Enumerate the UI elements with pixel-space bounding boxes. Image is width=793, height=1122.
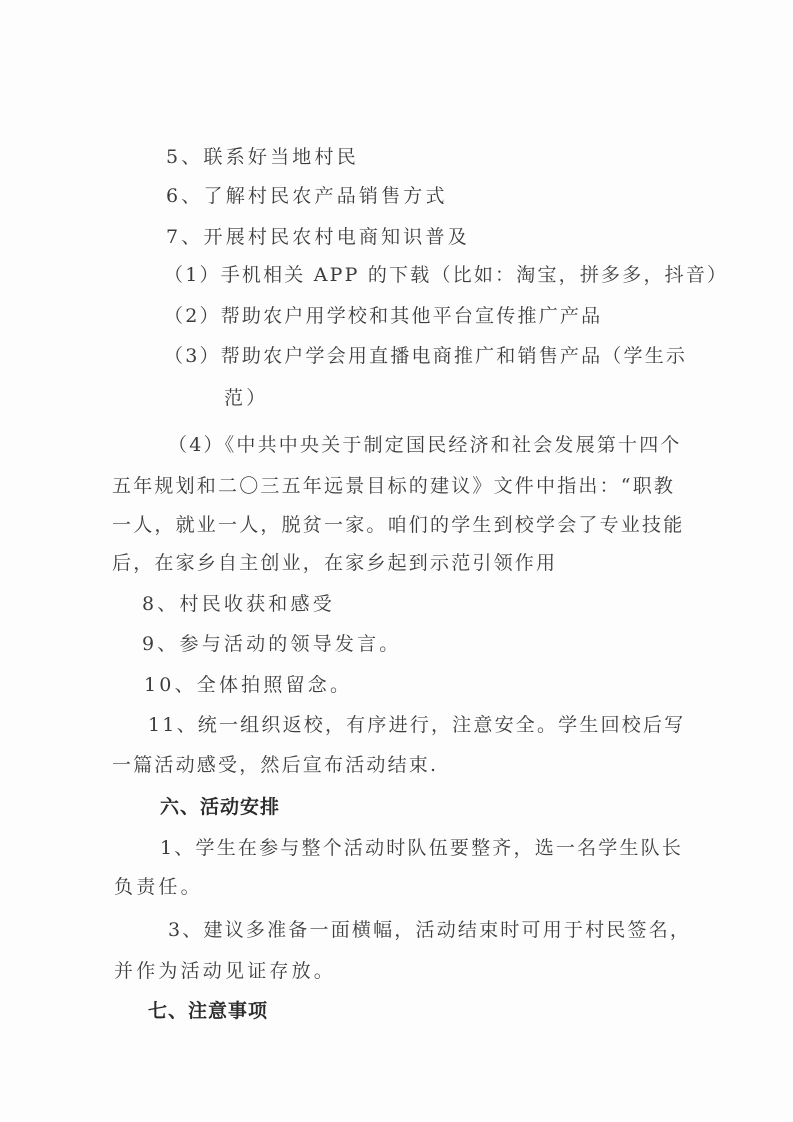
sub-item-4-line4: 后，在家乡自主创业，在家乡起到示范引领作用 xyxy=(112,551,557,575)
document-page: 5、联系好当地村民 6、了解村民农产品销售方式 7、开展村民农村电商知识普及 （… xyxy=(0,0,793,1122)
sub-item-2: （2）帮助农户用学校和其他平台宣传推广产品 xyxy=(164,304,602,328)
section-heading-activity-arrangement: 六、活动安排 xyxy=(160,795,280,819)
list-item-6: 6、了解村民农产品销售方式 xyxy=(166,184,448,208)
list-item-8: 8、村民收获和感受 xyxy=(142,592,335,616)
list-item-11-line1: 11、统一组织返校，有序进行，注意安全。学生回校后写 xyxy=(148,713,685,737)
list-item-7: 7、开展村民农村电商知识普及 xyxy=(166,225,470,249)
section-heading-precautions: 七、注意事项 xyxy=(148,999,268,1023)
list-item-10: 10、全体拍照留念。 xyxy=(144,673,352,697)
sub-item-3-line1: （3）帮助农户学会用直播电商推广和销售产品（学生示 xyxy=(164,344,687,368)
sub-item-4-line1: （4）《中共中央关于制定国民经济和社会发展第十四个 xyxy=(168,433,682,457)
arrangement-item-3-line2: 并作为活动见证存放。 xyxy=(114,959,336,983)
arrangement-item-1-line2: 负责任。 xyxy=(114,875,203,899)
arrangement-item-3-line1: 3、建议多准备一面横幅，活动结束时可用于村民签名， xyxy=(168,918,691,942)
list-item-9: 9、参与活动的领导发言。 xyxy=(142,632,402,656)
list-item-5: 5、联系好当地村民 xyxy=(166,145,359,169)
sub-item-4-line3: 一人，就业一人，脱贫一家。咱们的学生到校学会了专业技能 xyxy=(112,513,684,537)
list-item-11-line2: 一篇活动感受，然后宣布活动结束. xyxy=(112,753,438,777)
sub-item-1: （1）手机相关 APP 的下载（比如：淘宝，拼多多，抖音） xyxy=(164,263,728,287)
sub-item-3-line2: 范） xyxy=(224,386,268,410)
arrangement-item-1-line1: 1、学生在参与整个活动时队伍要整齐，选一名学生队长 xyxy=(160,836,683,860)
sub-item-4-line2: 五年规划和二〇三五年远景目标的建议》文件中指出：“职教 xyxy=(112,474,675,498)
